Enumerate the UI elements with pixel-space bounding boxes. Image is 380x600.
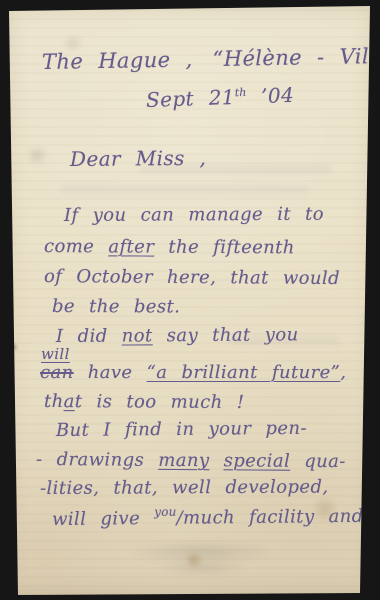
letterhead-date: Sept 21th ’04 <box>146 83 295 112</box>
line-text: much facility and <box>183 506 364 529</box>
salutation-text: Dear Miss , <box>70 146 206 171</box>
letter-line: of October here, that would <box>44 266 340 289</box>
line-text: th <box>44 391 64 412</box>
letter-paper: The Hague ,“Hélène - Villa” Sept 21th ’0… <box>0 0 380 600</box>
struck-word: can <box>40 362 74 383</box>
underlined-letter: a <box>64 391 75 412</box>
letter-line: -lities, that, well developed, <box>40 476 329 499</box>
salutation: Dear Miss , <box>70 146 206 171</box>
date-year: ’04 <box>246 83 295 109</box>
line-text: - drawings <box>36 449 158 471</box>
line-text: -lities, that, well developed, <box>40 476 329 499</box>
letter-line: that is too much ! <box>44 391 244 413</box>
line-text: , <box>340 362 346 383</box>
line-text: If you can manage it to <box>64 204 324 226</box>
line-text: But I find in your pen- <box>56 418 307 441</box>
handwriting-layer: The Hague ,“Hélène - Villa” Sept 21th ’0… <box>0 0 380 600</box>
underlined-word: many <box>158 450 209 471</box>
line-text: come <box>44 236 108 257</box>
letter-line: If you can manage it to <box>64 204 324 226</box>
letter-line: But I find in your pen- <box>56 418 307 441</box>
underlined-phrase: “a brilliant future” <box>147 362 341 383</box>
line-text: of October here, that would <box>44 266 340 289</box>
line-text <box>209 450 223 471</box>
date-ordinal-suffix: th <box>235 86 247 99</box>
letterhead-place: The Hague ,“Hélène - Villa” <box>42 44 380 74</box>
line-text: the fifteenth <box>154 237 295 259</box>
date-day: Sept 21 <box>146 85 236 112</box>
line-text: have <box>74 362 147 383</box>
inserted-word: you <box>154 505 176 519</box>
place-text: The Hague , <box>42 47 193 74</box>
line-text: I did <box>56 326 122 347</box>
letter-scan: The Hague ,“Hélène - Villa” Sept 21th ’0… <box>0 0 380 600</box>
line-text: t is too much ! <box>75 391 245 413</box>
villa-text: “Hélène - Villa” <box>212 44 380 71</box>
line-text: will give <box>52 508 154 530</box>
letter-line: come after the fifteenth <box>44 236 295 258</box>
underlined-word: not <box>122 325 153 346</box>
underlined-word: after <box>108 236 154 257</box>
line-text: qua- <box>290 451 346 472</box>
letter-line: be the best. <box>52 296 180 317</box>
correction-group: willcan <box>40 362 74 383</box>
inserted-word: will <box>41 345 70 363</box>
line-text: be the best. <box>52 296 180 317</box>
letter-line: willcan have “a brilliant future”, <box>40 362 346 383</box>
letter-line: - drawings many special qua- <box>36 449 346 472</box>
letter-line: I did not say that you <box>56 324 299 347</box>
letter-line: will give you/much facility and <box>52 503 364 530</box>
line-text: say that you <box>153 324 299 346</box>
underlined-word: special <box>224 450 291 471</box>
